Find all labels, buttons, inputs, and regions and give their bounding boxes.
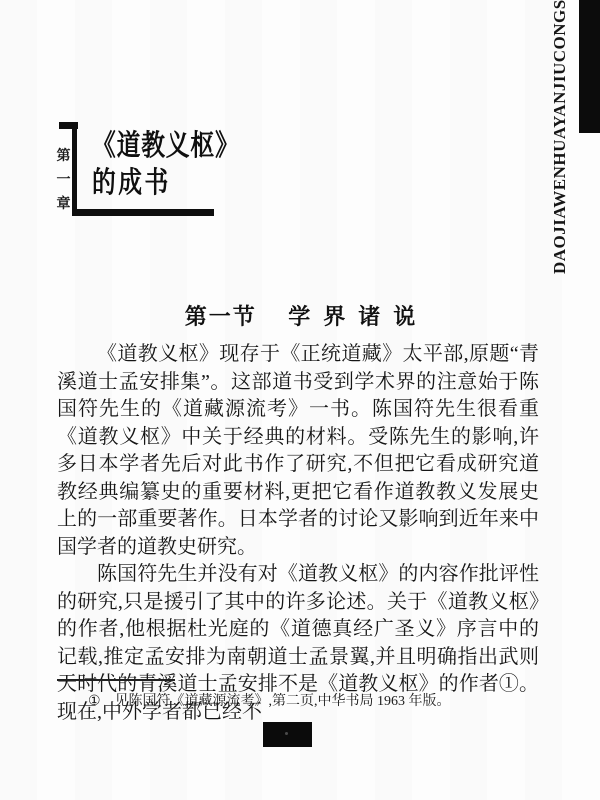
footnote-marker: ① <box>88 694 101 709</box>
chapter-rule-bottom <box>72 209 214 216</box>
section-title: 学界诸说 <box>288 304 428 329</box>
footnote-text: 见陈国符《道藏源流考》,第二页,中华书局 1963 年版。 <box>115 694 451 709</box>
chapter-title-line2: 的成书 <box>92 165 240 202</box>
page-number-box <box>263 722 312 747</box>
chapter-title: 《道教义枢》 的成书 <box>92 128 240 202</box>
chapter-title-line1: 《道教义枢》 <box>92 130 240 162</box>
chapter-rule-vertical <box>72 122 77 216</box>
section-number: 第一节 <box>185 304 257 329</box>
series-spine-text: DAOJIAWENHUAYANJIUCONGSHU <box>550 22 578 274</box>
paragraph-1: 《道教义枢》现存于《正统道藏》太平部,原题“青溪道士孟安排集”。这部道书受到学术… <box>57 341 539 561</box>
section-heading: 第一节 学界诸说 <box>0 300 600 331</box>
page-number-mark <box>285 732 288 735</box>
chapter-number-vertical: 第一章 <box>55 143 72 215</box>
book-page: DAOJIAWENHUAYANJIUCONGSHU 第一章 《道教义枢》 的成书… <box>0 0 600 800</box>
footnote-separator <box>57 679 175 681</box>
footnote: ①见陈国符《道藏源流考》,第二页,中华书局 1963 年版。 <box>88 692 540 711</box>
body-text: 《道教义枢》现存于《正统道藏》太平部,原题“青溪道士孟安排集”。这部道书受到学术… <box>57 341 539 726</box>
corner-black-bar <box>579 0 600 133</box>
